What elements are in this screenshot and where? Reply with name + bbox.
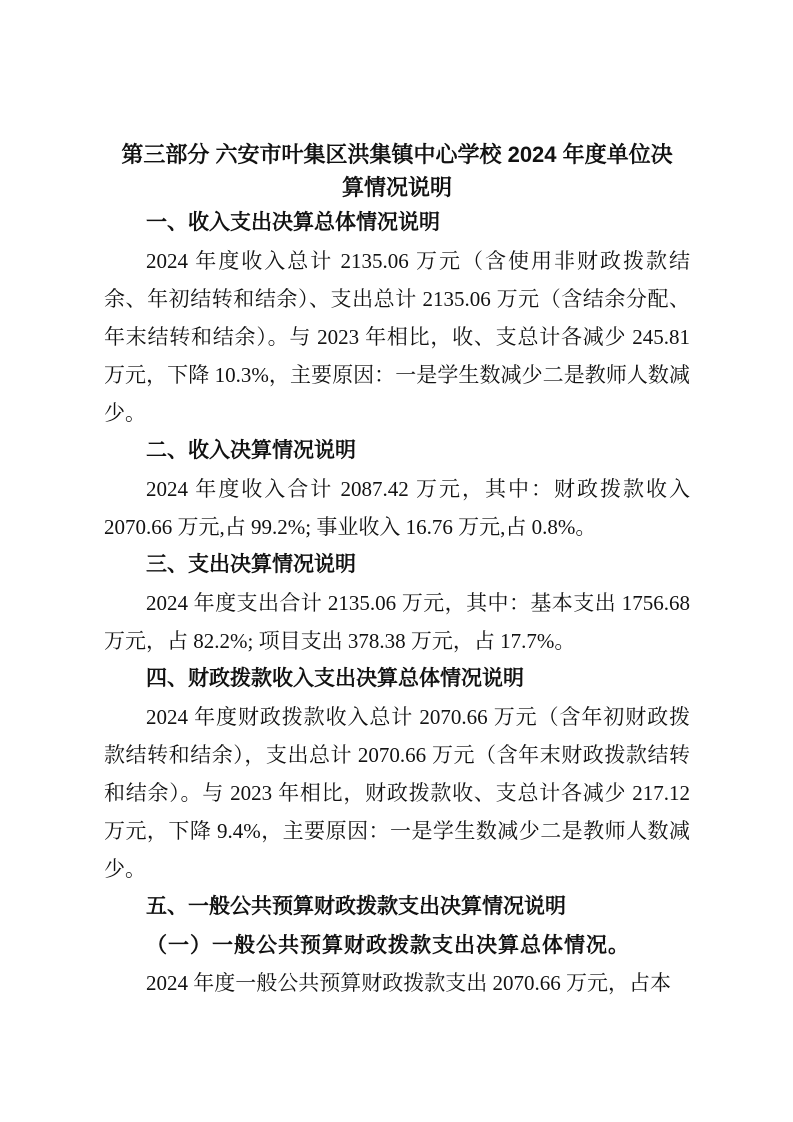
paragraph: 2024 年度支出合计 2135.06 万元，其中：基本支出 1756.68 万…: [104, 584, 690, 660]
section-heading-1: 一、收入支出决算总体情况说明: [104, 204, 690, 242]
document-title: 第三部分 六安市叶集区洪集镇中心学校 2024 年度单位决 算情况说明: [104, 138, 690, 204]
document-page: 第三部分 六安市叶集区洪集镇中心学校 2024 年度单位决 算情况说明 一、收入…: [0, 0, 793, 1122]
section-heading-2: 二、收入决算情况说明: [104, 432, 690, 470]
document-title-line-2: 算情况说明: [104, 171, 690, 204]
paragraph: 2024 年度财政拨款收入总计 2070.66 万元（含年初财政拨款结转和结余）…: [104, 698, 690, 888]
section-heading-5: 五、一般公共预算财政拨款支出决算情况说明: [104, 888, 690, 926]
paragraph: 2024 年度收入合计 2087.42 万元，其中：财政拨款收入 2070.66…: [104, 470, 690, 546]
section-income-expenditure-overview: 一、收入支出决算总体情况说明 2024 年度收入总计 2135.06 万元（含使…: [104, 204, 690, 432]
section-general-public-budget: 五、一般公共预算财政拨款支出决算情况说明 （一）一般公共预算财政拨款支出决算总体…: [104, 888, 690, 1002]
section-expenditure-detail: 三、支出决算情况说明 2024 年度支出合计 2135.06 万元，其中：基本支…: [104, 546, 690, 660]
paragraph: 2024 年度一般公共预算财政拨款支出 2070.66 万元，占本: [104, 964, 690, 1002]
section-heading-4: 四、财政拨款收入支出决算总体情况说明: [104, 660, 690, 698]
paragraph: 2024 年度收入总计 2135.06 万元（含使用非财政拨款结余、年初结转和结…: [104, 242, 690, 432]
section-fiscal-appropriation-overview: 四、财政拨款收入支出决算总体情况说明 2024 年度财政拨款收入总计 2070.…: [104, 660, 690, 888]
section-income-detail: 二、收入决算情况说明 2024 年度收入合计 2087.42 万元，其中：财政拨…: [104, 432, 690, 546]
sub-heading-5-1: （一）一般公共预算财政拨款支出决算总体情况。: [104, 926, 690, 964]
document-title-line-1: 第三部分 六安市叶集区洪集镇中心学校 2024 年度单位决: [104, 138, 690, 171]
section-heading-3: 三、支出决算情况说明: [104, 546, 690, 584]
